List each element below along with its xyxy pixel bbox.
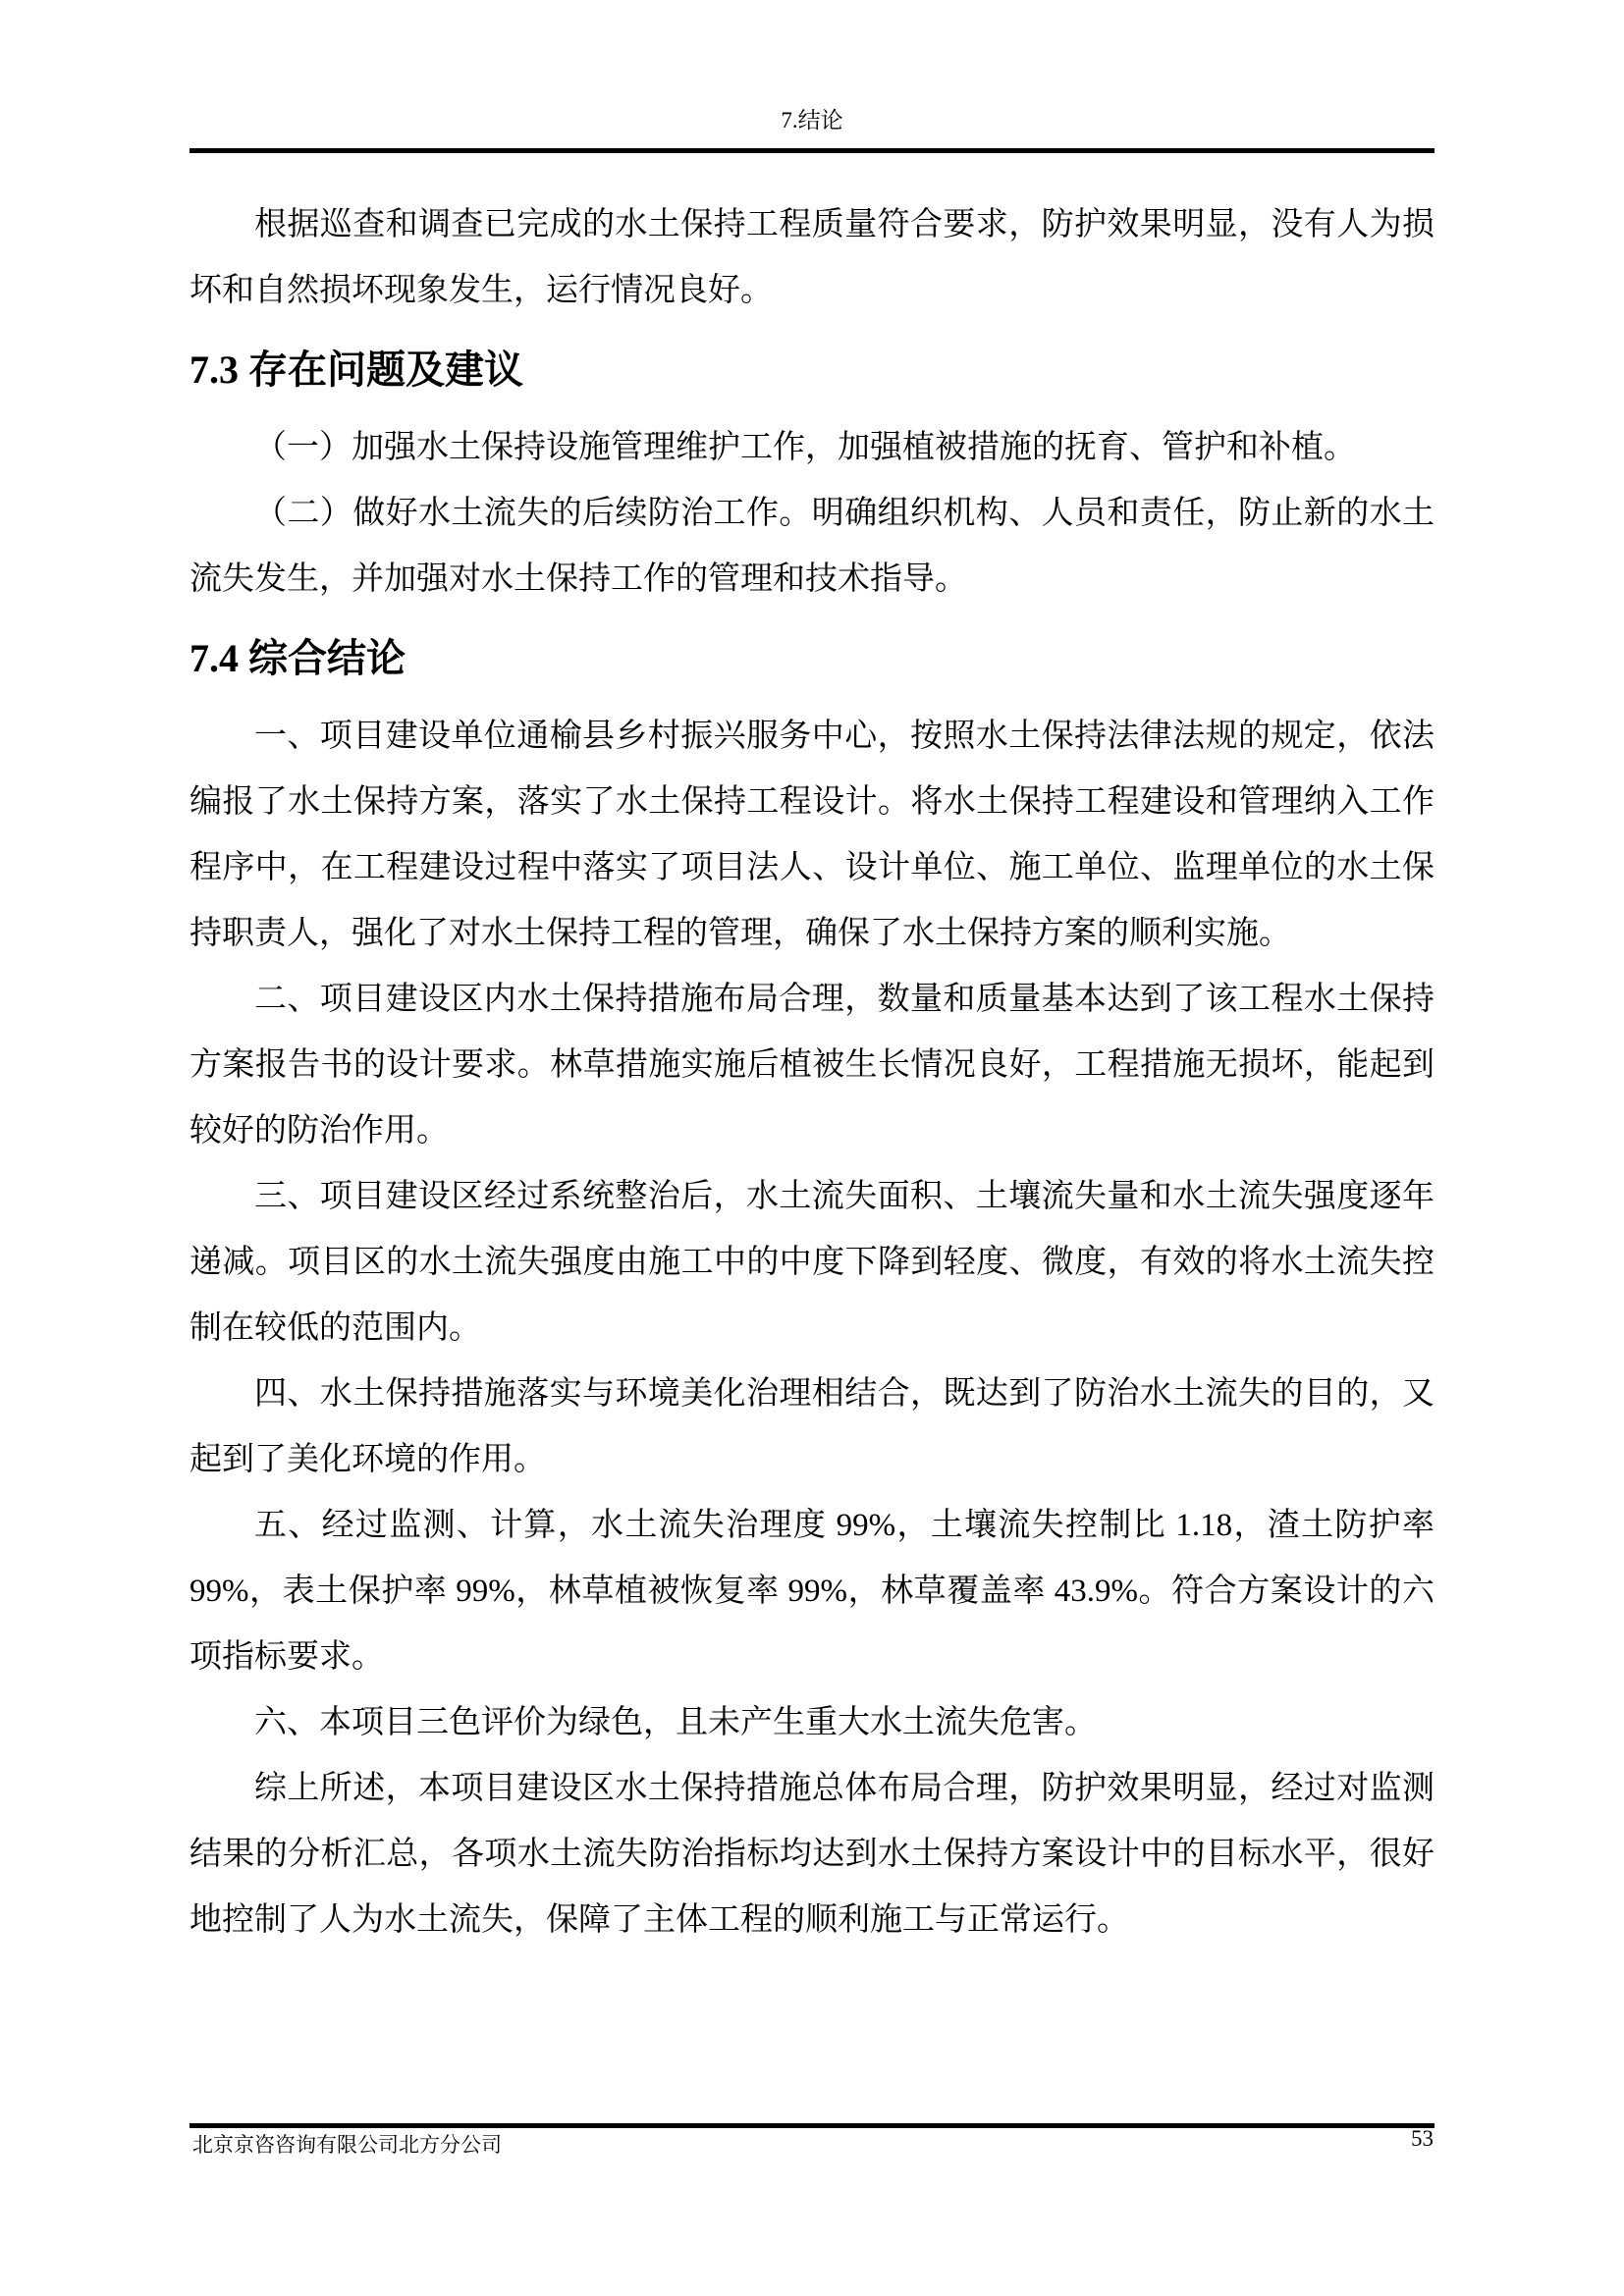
text-line: （二）做好水土流失的后续防治工作。明确组织机构、人员和责任，防止新的水土 (189, 481, 1435, 547)
text-line: 较好的防治作用。 (189, 1098, 1435, 1164)
text-line: 方案报告书的设计要求。林草措施实施后植被生长情况良好，工程措施无损坏，能起到 (189, 1033, 1435, 1098)
text-line: 结果的分析汇总，各项水土流失防治指标均达到水土保持方案设计中的目标水平，很好 (189, 1822, 1435, 1888)
footer-company-name: 北京京咨咨询有限公司北方分公司 (192, 2132, 502, 2158)
header-rule (189, 148, 1435, 153)
paragraph: 综上所述，本项目建设区水土保持措施总体布局合理，防护效果明显，经过对监测结果的分… (189, 1756, 1435, 1953)
paragraph: 四、水土保持措施落实与环境美化治理相结合，既达到了防治水土流失的目的，又起到了美… (189, 1362, 1435, 1493)
text-line: 程序中，在工程建设过程中落实了项目法人、设计单位、施工单位、监理单位的水土保 (189, 835, 1435, 901)
paragraph: 三、项目建设区经过系统整治后，水土流失面积、土壤流失量和水土流失强度逐年递减。项… (189, 1164, 1435, 1362)
text-line: 99%，表土保护率 99%，林草植被恢复率 99%，林草覆盖率 43.9%。符合… (189, 1559, 1435, 1625)
text-line: 制在较低的范围内。 (189, 1296, 1435, 1362)
text-line: 起到了美化环境的作用。 (189, 1427, 1435, 1493)
text-line: 四、水土保持措施落实与环境美化治理相结合，既达到了防治水土流失的目的，又 (189, 1362, 1435, 1427)
text-line: 根据巡查和调查已完成的水土保持工程质量符合要求，防护效果明显，没有人为损 (189, 192, 1435, 258)
text-line: 二、项目建设区内水土保持措施布局合理，数量和质量基本达到了该工程水土保持 (189, 967, 1435, 1033)
footer-rule (189, 2123, 1435, 2128)
text-line: 项指标要求。 (189, 1625, 1435, 1690)
paragraph: 五、经过监测、计算，水土流失治理度 99%，土壤流失控制比 1.18，渣土防护率… (189, 1493, 1435, 1690)
paragraph: 根据巡查和调查已完成的水土保持工程质量符合要求，防护效果明显，没有人为损坏和自然… (189, 192, 1435, 324)
text-line: 流失发生，并加强对水土保持工作的管理和技术指导。 (189, 547, 1435, 613)
paragraph: （二）做好水土流失的后续防治工作。明确组织机构、人员和责任，防止新的水土流失发生… (189, 481, 1435, 613)
text-line: 递减。项目区的水土流失强度由施工中的中度下降到轻度、微度，有效的将水土流失控 (189, 1230, 1435, 1296)
text-line: 三、项目建设区经过系统整治后，水土流失面积、土壤流失量和水土流失强度逐年 (189, 1164, 1435, 1230)
paragraph: （一）加强水土保持设施管理维护工作，加强植被措施的抚育、管护和补植。 (189, 415, 1435, 481)
text-line: 坏和自然损坏现象发生，运行情况良好。 (189, 258, 1435, 324)
document-page: 7.结论 根据巡查和调查已完成的水土保持工程质量符合要求，防护效果明显，没有人为… (0, 0, 1624, 2296)
paragraph: 二、项目建设区内水土保持措施布局合理，数量和质量基本达到了该工程水土保持方案报告… (189, 967, 1435, 1164)
document-body: 根据巡查和调查已完成的水土保持工程质量符合要求，防护效果明显，没有人为损坏和自然… (189, 192, 1435, 1953)
text-line: 综上所述，本项目建设区水土保持措施总体布局合理，防护效果明显，经过对监测 (189, 1756, 1435, 1822)
paragraph: 一、项目建设单位通榆县乡村振兴服务中心，按照水土保持法律法规的规定，依法编报了水… (189, 704, 1435, 967)
text-line: 持职责人，强化了对水土保持工程的管理，确保了水土保持方案的顺利实施。 (189, 901, 1435, 967)
section-heading: 7.3 存在问题及建议 (189, 341, 1435, 400)
section-heading: 7.4 综合结论 (189, 629, 1435, 688)
text-line: 一、项目建设单位通榆县乡村振兴服务中心，按照水土保持法律法规的规定，依法 (189, 704, 1435, 770)
paragraph: 六、本项目三色评价为绿色，且未产生重大水土流失危害。 (189, 1690, 1435, 1756)
text-line: 六、本项目三色评价为绿色，且未产生重大水土流失危害。 (189, 1690, 1435, 1756)
text-line: 编报了水土保持方案，落实了水土保持工程设计。将水土保持工程建设和管理纳入工作 (189, 770, 1435, 835)
text-line: 地控制了人为水土流失，保障了主体工程的顺利施工与正常运行。 (189, 1888, 1435, 1953)
footer-page-number: 53 (1411, 2126, 1434, 2152)
text-line: （一）加强水土保持设施管理维护工作，加强植被措施的抚育、管护和补植。 (189, 415, 1435, 481)
text-line: 五、经过监测、计算，水土流失治理度 99%，土壤流失控制比 1.18，渣土防护率 (189, 1493, 1435, 1559)
page-header-title: 7.结论 (189, 106, 1435, 135)
